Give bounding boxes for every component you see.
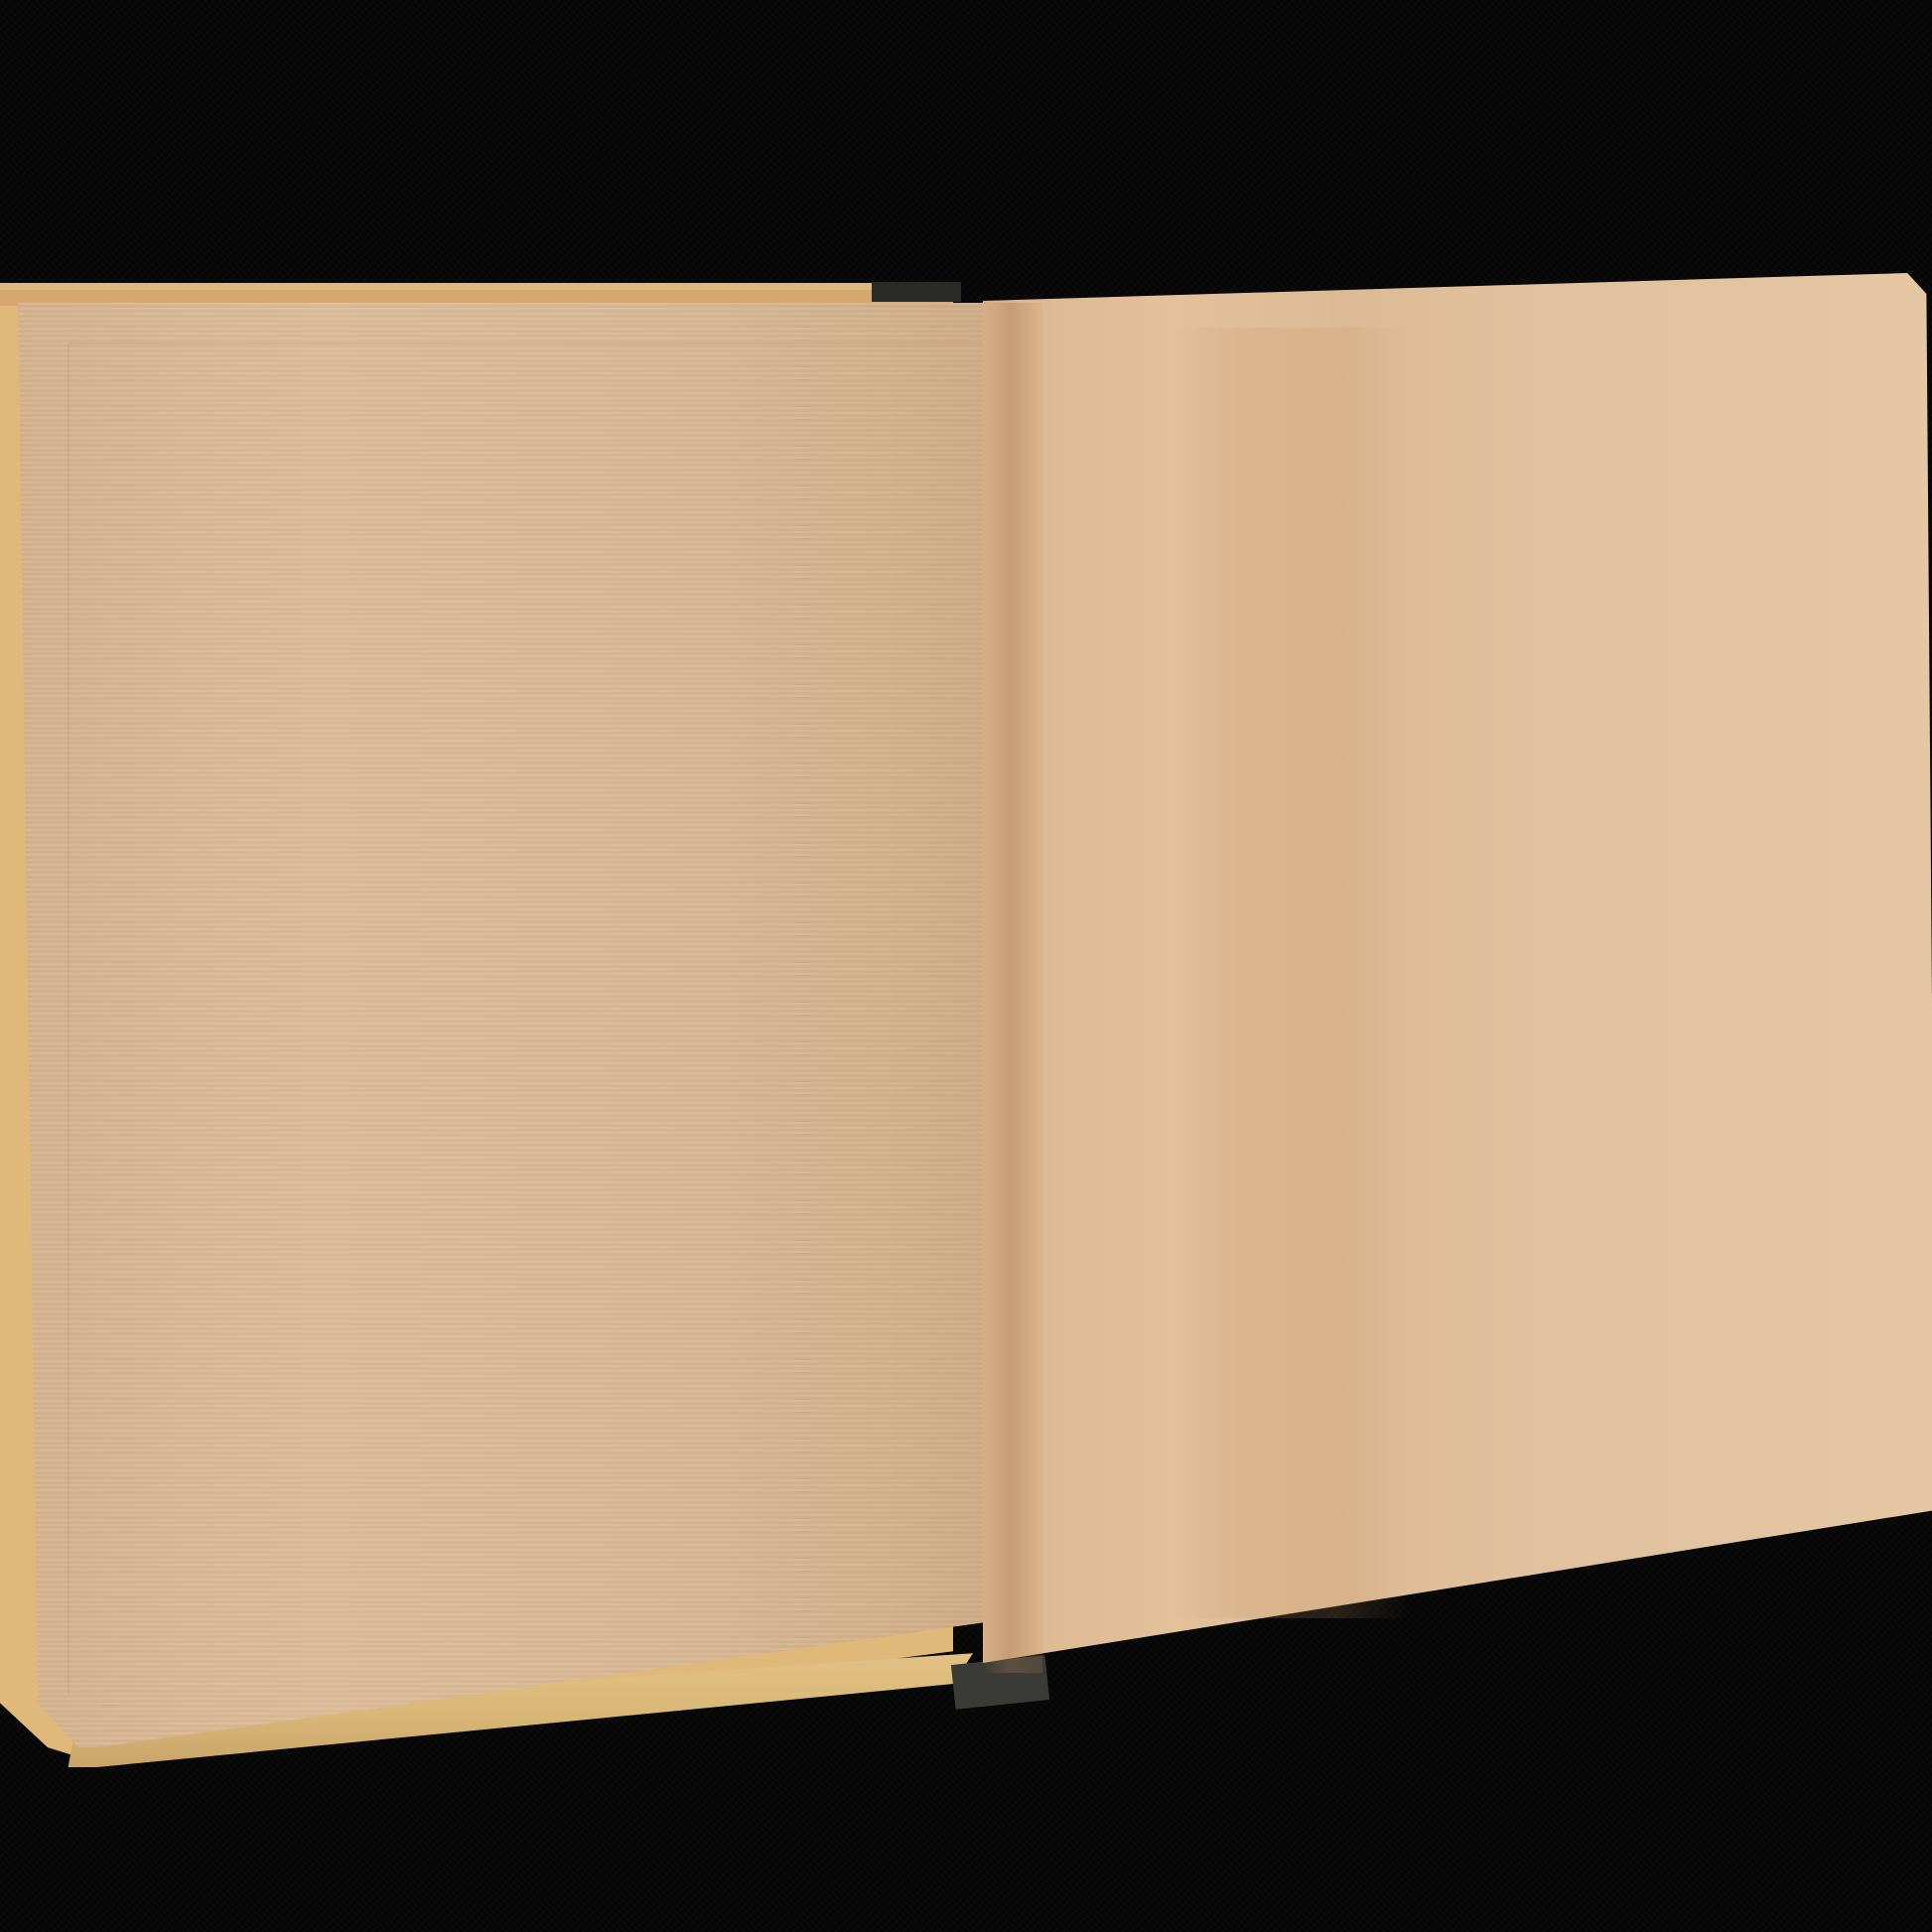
left-endpaper-border-mark [68,343,1015,1707]
book-gutter [983,303,1042,1673]
right-endpaper [983,273,1932,1663]
right-endpaper-discoloration [1172,328,1410,1618]
spine-cloth-top [872,282,961,302]
